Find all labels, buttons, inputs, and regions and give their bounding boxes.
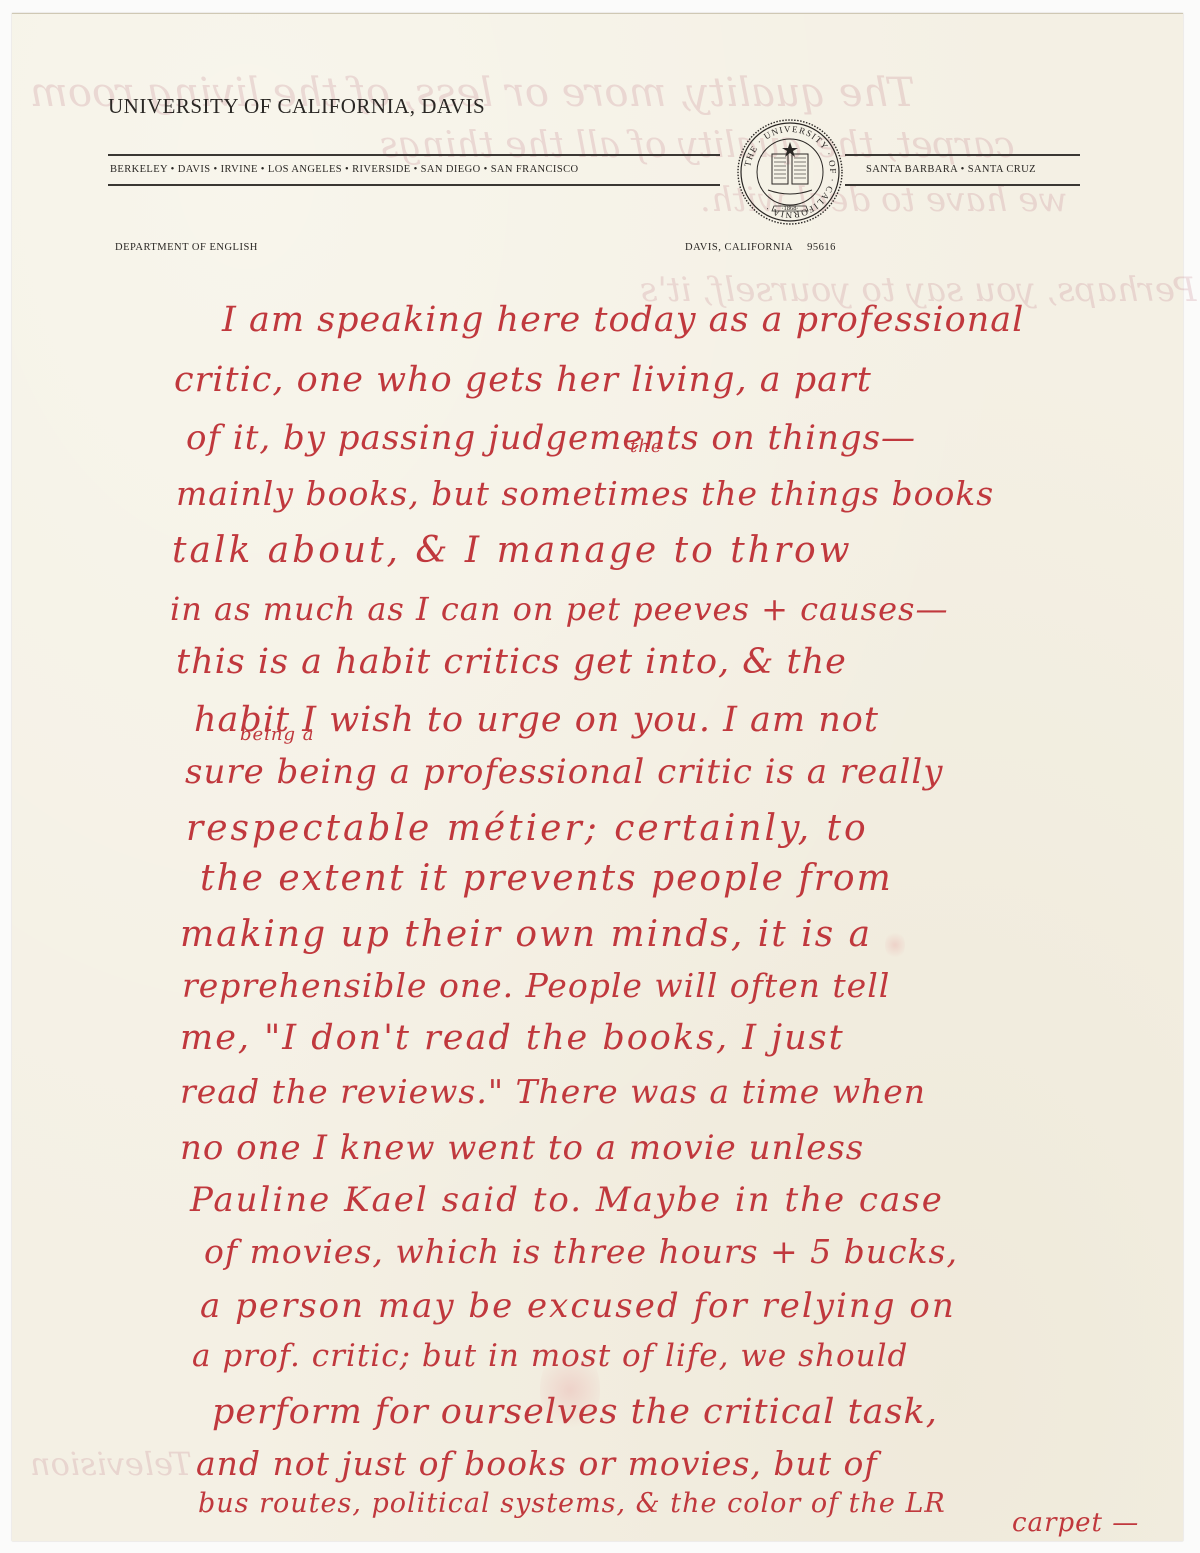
address-line: DAVIS, CALIFORNIA95616 [685, 242, 836, 253]
handwritten-line: sure being a professional critic is a re… [185, 752, 943, 792]
university-seal-icon: THE · UNIVERSITY · OF · CALIFORNIA · ·18… [736, 118, 844, 226]
handwritten-line: talk about, & I manage to throw [172, 530, 853, 571]
handwritten-line: making up their own minds, it is a [180, 914, 872, 955]
letterhead-rule-top-left [108, 154, 720, 156]
department-name: DEPARTMENT OF ENGLISH [115, 242, 258, 253]
handwritten-line: reprehensible one. People will often tel… [182, 966, 890, 1005]
campus-list-right: SANTA BARBARA • SANTA CRUZ [866, 164, 1036, 175]
handwritten-line: the extent it prevents people from [200, 858, 893, 899]
letterhead-rule-bottom-left [108, 184, 720, 186]
bleed-through-text: carpet, the quality of all the things [380, 125, 1015, 166]
handwritten-line: read the reviews." There was a time when [180, 1072, 926, 1111]
handwritten-line: respectable métier; certainly, to [186, 808, 869, 849]
handwritten-line: Pauline Kael said to. Maybe in the case [190, 1180, 944, 1220]
handwritten-line: and not just of books or movies, but of [196, 1444, 878, 1483]
handwritten-line: of movies, which is three hours + 5 buck… [204, 1232, 958, 1271]
handwritten-line: a person may be excused for relying on [200, 1286, 956, 1326]
handwritten-line: I am speaking here today as a profession… [222, 300, 1024, 340]
handwritten-insertion: being a [240, 724, 315, 745]
handwritten-line: in as much as I can on pet peeves + caus… [170, 590, 948, 628]
handwritten-line: this is a habit critics get into, & the [176, 642, 847, 682]
handwritten-line: carpet — [1012, 1508, 1139, 1538]
city-state: DAVIS, CALIFORNIA [685, 242, 793, 253]
handwritten-line: me, "I don't read the books, I just [180, 1018, 845, 1058]
handwritten-insertion: the [630, 436, 662, 457]
handwritten-line: critic, one who gets her living, a part [174, 360, 872, 400]
handwritten-line: of it, by passing judgements on things— [186, 418, 916, 458]
institution-title: UNIVERSITY OF CALIFORNIA, DAVIS [108, 94, 485, 119]
campus-list-left: BERKELEY • DAVIS • IRVINE • LOS ANGELES … [110, 164, 578, 175]
handwritten-line: bus routes, political systems, & the col… [198, 1488, 946, 1519]
zip-code: 95616 [807, 242, 836, 253]
bleed-through-text: Television [30, 1445, 192, 1483]
handwritten-line: a prof. critic; but in most of life, we … [192, 1338, 908, 1374]
letterhead-rule-top-right [845, 154, 1080, 156]
svg-text:·1868·: ·1868· [781, 205, 798, 212]
ink-stain [885, 930, 905, 960]
handwritten-line: no one I knew went to a movie unless [180, 1128, 864, 1168]
handwritten-line: perform for ourselves the critical task, [212, 1392, 938, 1432]
handwritten-line: mainly books, but sometimes the things b… [176, 474, 994, 513]
letterhead-rule-bottom-right [845, 184, 1080, 186]
